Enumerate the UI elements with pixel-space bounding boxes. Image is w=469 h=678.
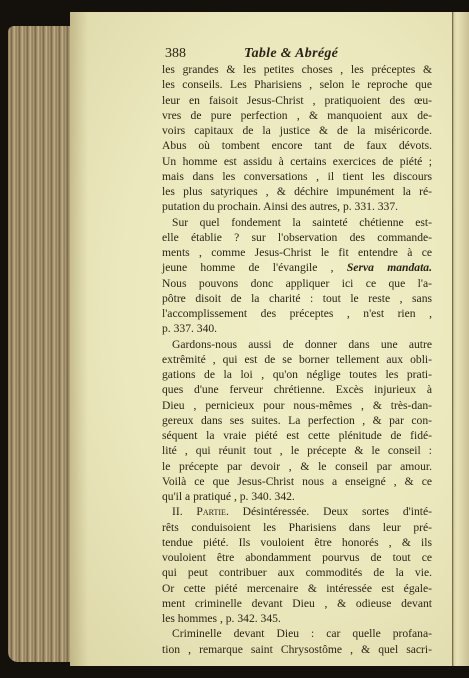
text-line: Or cette piété mercenaire & intéressée e… xyxy=(162,581,432,596)
text-line: tendue piété. Ils vouloient être honorés… xyxy=(162,535,432,550)
text-line: II. Partie. Désintéressée. Deux sortes d… xyxy=(162,504,432,519)
text-line: l'accomplissement des préceptes , n'est … xyxy=(162,306,432,321)
text-line: gations de la loi , qu'on néglige toutes… xyxy=(162,367,432,382)
text-line: p. 337. 340. xyxy=(162,321,432,336)
text-run: II. xyxy=(172,505,196,518)
text-line: Dieu , pernicieux pour nous-mêmes , & tr… xyxy=(162,398,432,413)
text-line: gereux dans ses suites. La perfection , … xyxy=(162,413,432,428)
text-line: vouloient être abondamment pourvus de to… xyxy=(162,550,432,565)
text-line: Un homme est assidu à certains exercices… xyxy=(162,154,432,169)
text-line: pôtre disoit de la charité : tout le res… xyxy=(162,291,432,306)
text-line: qu'il a pratiqué , p. 340. 342. xyxy=(162,489,432,504)
text-run: jeune homme de l'évangile , xyxy=(162,261,347,274)
page-text-block: 388 Table & Abrégé les grandes & les pet… xyxy=(162,46,432,657)
latin-quote: Serva mandata. xyxy=(347,261,432,274)
text-line: le précepte par devoir , & le conseil pa… xyxy=(162,459,432,474)
text-line: putation du prochain. Ainsi des autres, … xyxy=(162,199,432,214)
text-line: les grandes & les petites choses , les p… xyxy=(162,62,432,77)
page-number: 388 xyxy=(165,46,186,62)
running-header: 388 Table & Abrégé xyxy=(162,46,432,62)
running-title: Table & Abrégé xyxy=(244,46,338,62)
text-line: Gardons-nous aussi de donner dans une au… xyxy=(162,337,432,352)
text-line: elle établie ? sur l'observation des com… xyxy=(162,230,432,245)
text-line: leur en faisoit Jesus-Christ , pratiquoi… xyxy=(162,93,432,108)
text-line: jeune homme de l'évangile , Serva mandat… xyxy=(162,260,432,275)
text-line: rêts conduisoient les Pharisiens dans le… xyxy=(162,520,432,535)
book-gutter xyxy=(452,12,469,666)
text-line: les hommes , p. 342. 345. xyxy=(162,611,432,626)
text-line: ments , comme Jesus-Christ le fit entend… xyxy=(162,245,432,260)
page-stack-fore-edge xyxy=(8,26,72,662)
text-line: qui peut contribuer aux commodités de la… xyxy=(162,565,432,580)
text-line: tion , remarque saint Chrysostôme , & qu… xyxy=(162,642,432,657)
text-line: voirs capitaux de la justice & de la mis… xyxy=(162,123,432,138)
text-line: Criminelle devant Dieu : car quelle prof… xyxy=(162,626,432,641)
text-line: vres de pure perfection , & manquoient a… xyxy=(162,108,432,123)
text-line: ment criminelle devant Dieu , & odieuse … xyxy=(162,596,432,611)
text-line: Abus où tombent encore tant de faux dévo… xyxy=(162,138,432,153)
text-line: Nous pouvons donc appliquer ici ce que l… xyxy=(162,276,432,291)
text-line: lité , qui réunit tout , le précepte & l… xyxy=(162,443,432,458)
text-line: extrêmité , qui est de se borner telleme… xyxy=(162,352,432,367)
text-line: les conseils. Les Pharisiens , selon le … xyxy=(162,77,432,92)
text-line: séquent la vraie piété est cette plénitu… xyxy=(162,428,432,443)
text-line: ques d'une ferveur chrétienne. Excès inj… xyxy=(162,382,432,397)
text-line: Sur quel fondement la sainteté chétienne… xyxy=(162,215,432,230)
section-label: Partie. xyxy=(196,505,228,518)
text-line: mais dans les conversations , il tient l… xyxy=(162,169,432,184)
text-run: Désintéressée. Deux sortes d'inté- xyxy=(229,505,432,518)
text-line: les plus satyriques , & déchire impunéme… xyxy=(162,184,432,199)
text-line: Voilà ce que Jesus-Christ nous a enseign… xyxy=(162,474,432,489)
